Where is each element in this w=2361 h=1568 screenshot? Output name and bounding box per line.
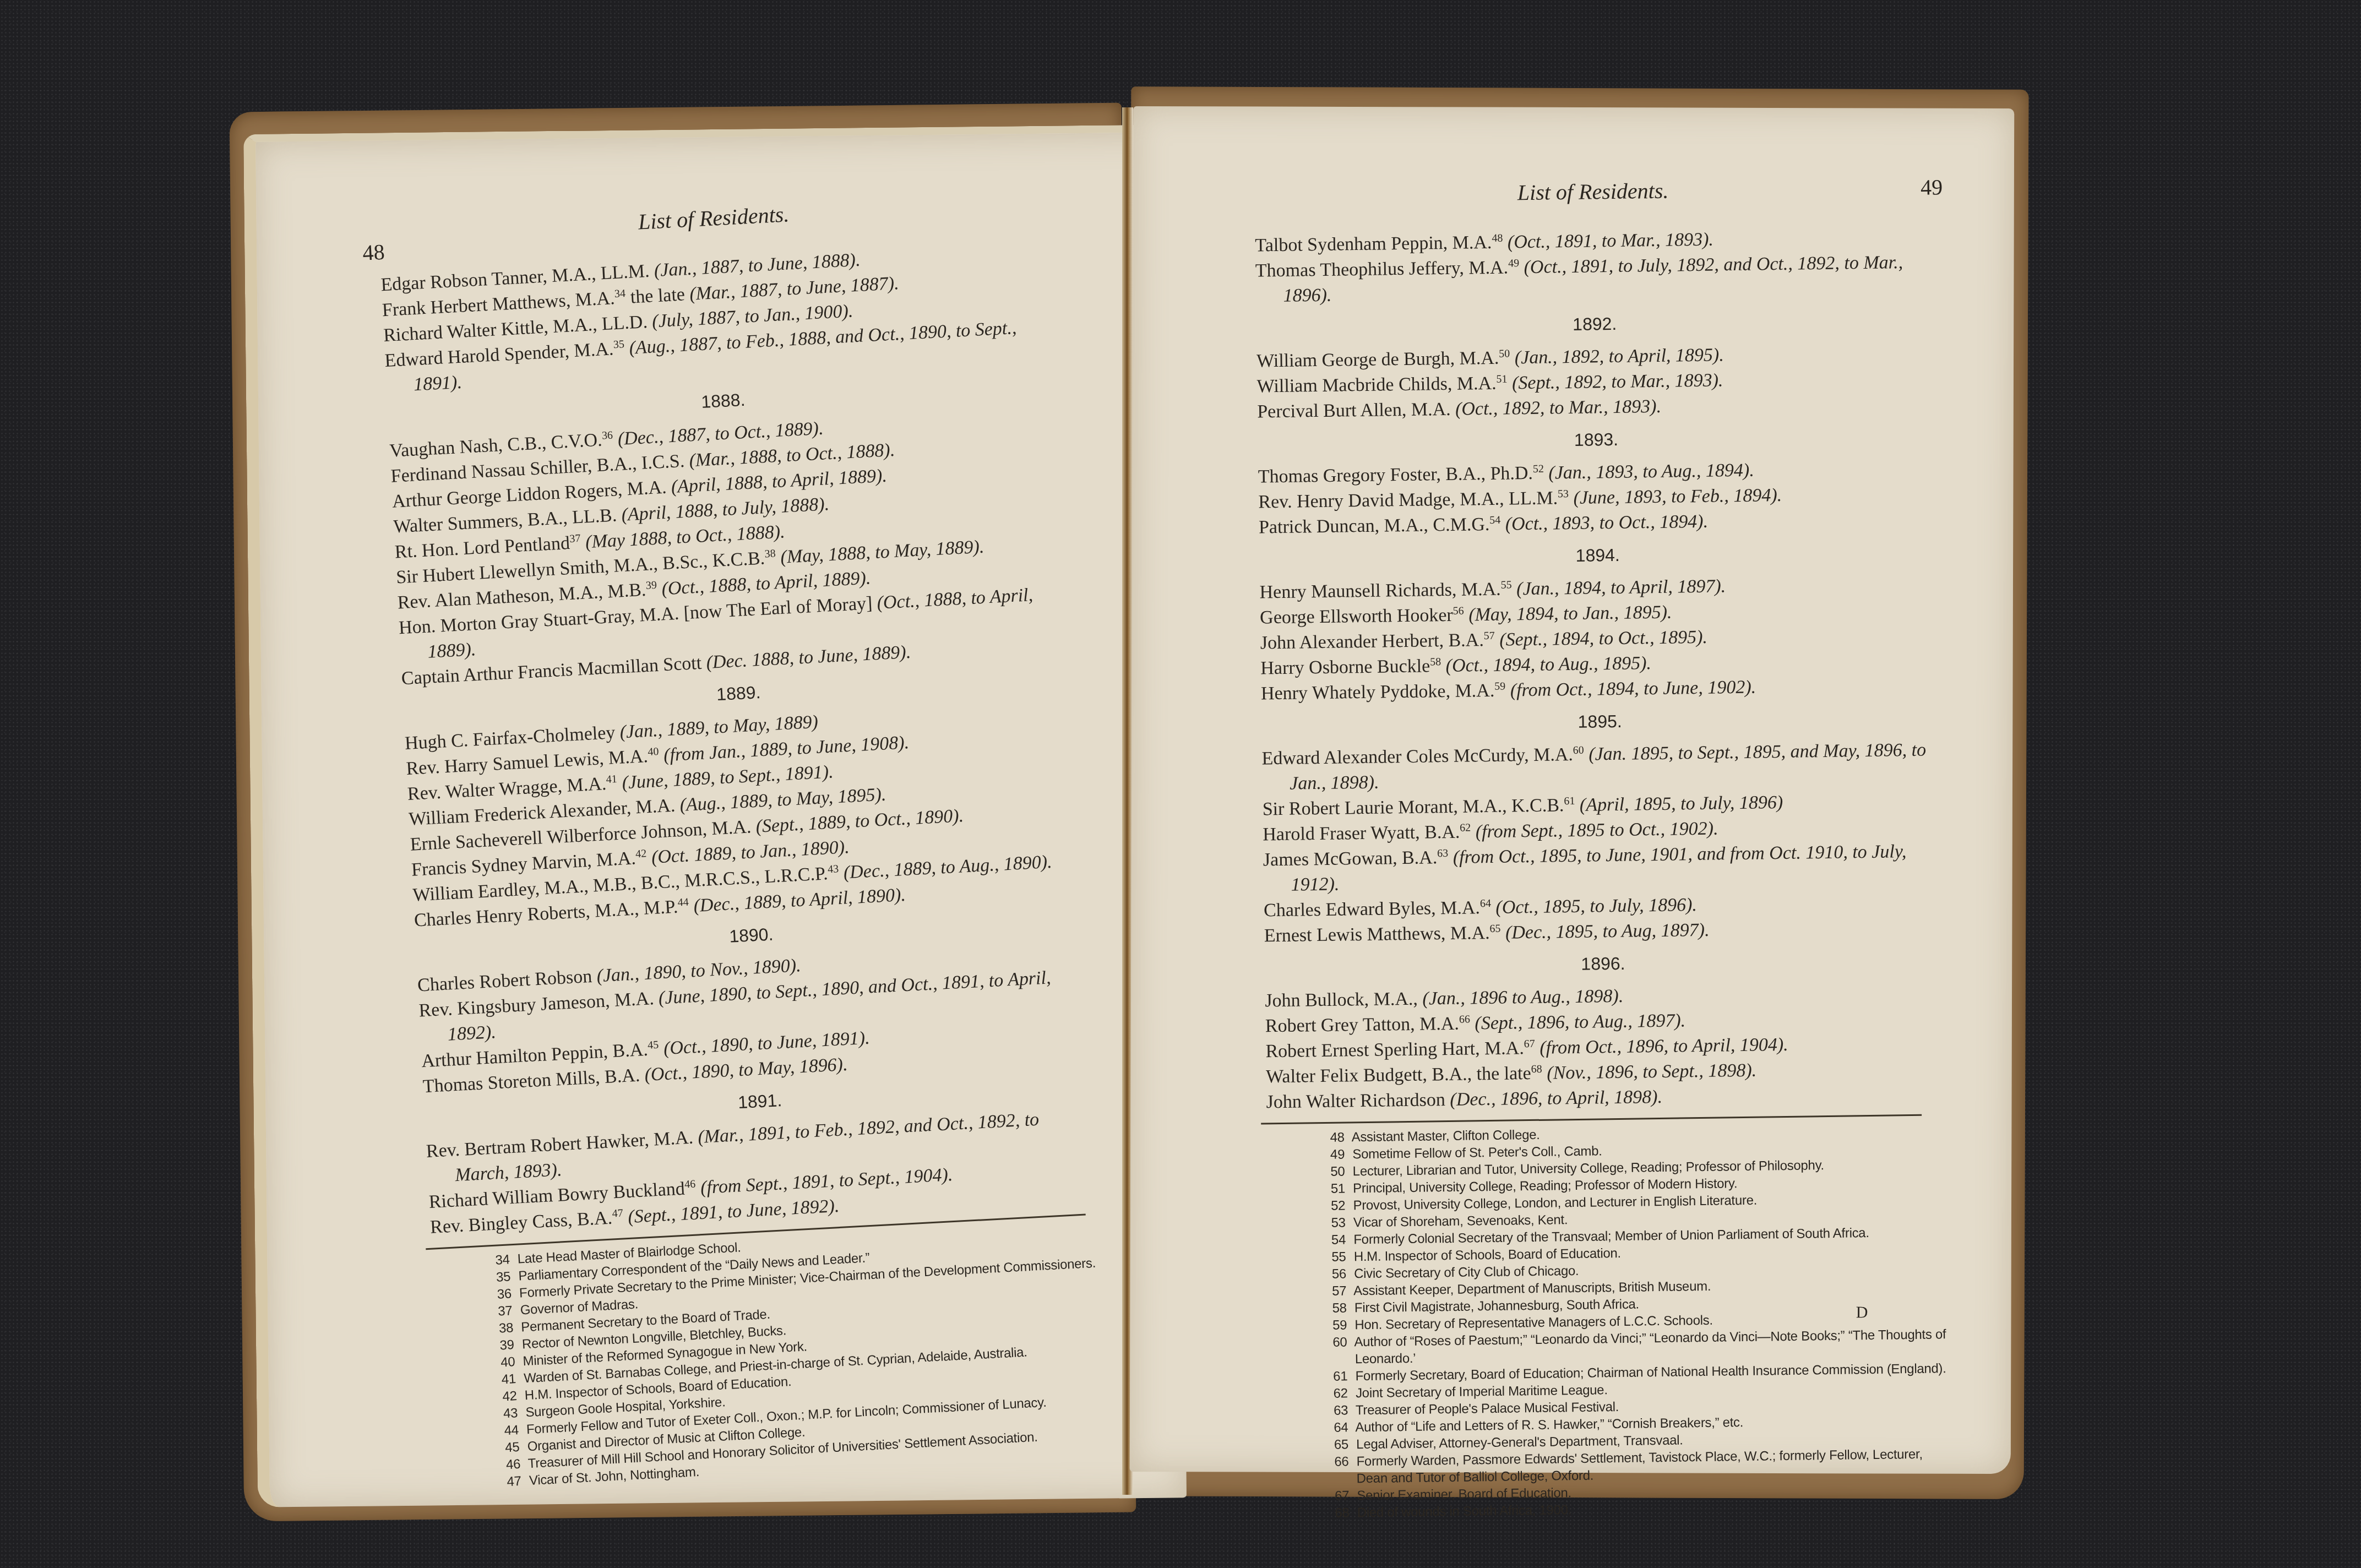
footnote-ref: 67 xyxy=(1524,1038,1535,1050)
footnote-ref: 54 xyxy=(1489,514,1500,526)
resident-name: Talbot Sydenham Peppin, M.A. xyxy=(1255,232,1492,256)
footnote-number: 39 xyxy=(499,1336,519,1354)
residency-dates: (from Oct., 1896, to April, 1904). xyxy=(1539,1035,1788,1058)
footnote-text: Assistant Master, Clifton College. xyxy=(1351,1128,1539,1145)
footnote-number: 68 xyxy=(1335,1504,1353,1521)
footnote-number: 56 xyxy=(1332,1265,1351,1282)
footnote-ref: 37 xyxy=(569,532,581,545)
footnote-number: 48 xyxy=(1330,1129,1348,1146)
footnote-ref: 58 xyxy=(1430,656,1441,668)
residency-dates: (Sept., 1896, to Aug., 1897). xyxy=(1475,1010,1685,1033)
residency-dates: (Oct., 1893, to Oct., 1894). xyxy=(1505,511,1709,535)
footnote-number: 37 xyxy=(498,1302,518,1320)
footnote-ref: 35 xyxy=(613,338,624,351)
running-title: List of Residents. xyxy=(1254,175,1932,209)
page-number: 49 xyxy=(1921,175,1943,200)
footnote-number: 49 xyxy=(1330,1146,1349,1163)
footnote-number: 55 xyxy=(1331,1248,1350,1265)
residents-list: Talbot Sydenham Peppin, M.A.48 (Oct., 18… xyxy=(1255,224,1944,1115)
footnote-number: 44 xyxy=(504,1422,524,1440)
footnote-number: 50 xyxy=(1330,1163,1349,1180)
footnote-ref: 68 xyxy=(1531,1063,1542,1075)
left-page-content: 48 List of Residents. Edgar Robson Tanne… xyxy=(378,188,1115,1494)
footnote-text: Assistant Keeper, Department of Manuscri… xyxy=(1353,1279,1711,1298)
residency-dates: (June, 1893, to Feb., 1894). xyxy=(1573,485,1782,508)
footnote-number: 34 xyxy=(495,1251,515,1269)
residency-dates: (Jan., 1894, to April, 1897). xyxy=(1516,576,1726,599)
resident-name: Patrick Duncan, M.A., C.M.G. xyxy=(1259,514,1490,537)
year-heading: 1893. xyxy=(1258,422,1935,456)
footnote-ref: 50 xyxy=(1499,347,1510,360)
resident-name: William Macbride Childs, M.A. xyxy=(1256,373,1496,397)
resident-name: Henry Whately Pyddoke, M.A. xyxy=(1261,680,1495,704)
resident-name: Rev. Bertram Robert Hawker, M.A. xyxy=(426,1128,694,1162)
residency-dates: (May, 1894, to Jan., 1895). xyxy=(1468,602,1672,625)
footnote-ref: 59 xyxy=(1494,680,1505,693)
footnote-number: 41 xyxy=(501,1370,521,1389)
footnote-number: 59 xyxy=(1332,1316,1351,1333)
resident-name: Harry Osborne Buckle xyxy=(1260,656,1430,678)
footnote-number: 64 xyxy=(1334,1419,1352,1436)
footnote-number: 43 xyxy=(503,1404,523,1423)
footnote-number: 60 xyxy=(1332,1333,1351,1351)
footnote-text: Senior Examiner, Board of Education. xyxy=(1357,1485,1571,1503)
residency-dates: (Jan., 1896 to Aug., 1898). xyxy=(1422,986,1623,1009)
footnote-text: Treasurer of People's Palace Musical Fes… xyxy=(1356,1400,1619,1418)
footnote-ref: 34 xyxy=(614,287,625,300)
footnote-ref: 52 xyxy=(1533,463,1544,475)
residency-dates: (Oct., 1891, to Mar., 1893). xyxy=(1508,230,1713,253)
footnote-ref: 60 xyxy=(1573,744,1584,756)
resident-name: Thomas Gregory Foster, B.A., Ph.D. xyxy=(1258,463,1533,487)
running-title: List of Residents. xyxy=(378,188,1050,249)
footnote-ref: 63 xyxy=(1437,847,1448,859)
footnote-text: Vicar of Shoreham, Sevenoaks, Kent. xyxy=(1353,1212,1568,1230)
footnotes: 48 Assistant Master, Clifton College.49 … xyxy=(1266,1121,1949,1522)
residency-dates: (April, 1895, to July, 1896) xyxy=(1580,792,1783,815)
residency-dates: (Dec., 1895, to Aug, 1897). xyxy=(1505,920,1710,943)
footnote-number: 57 xyxy=(1332,1282,1351,1299)
footnote-ref: 44 xyxy=(677,896,689,908)
resident-name: James McGowan, B.A. xyxy=(1263,847,1438,870)
resident-suffix: the late xyxy=(625,284,685,308)
footnote-text: Died of wounds in South Africa, 1900. xyxy=(1357,1502,1571,1520)
footnote-number: 45 xyxy=(505,1439,525,1457)
year-heading: 1896. xyxy=(1264,946,1941,981)
resident-name: John Bullock, M.A., xyxy=(1265,989,1418,1011)
footnote-ref: 43 xyxy=(828,863,839,875)
footnote-text: Civic Secretary of City Club of Chicago. xyxy=(1354,1264,1579,1281)
footnote-number: 66 xyxy=(1334,1453,1353,1470)
signature-mark: D xyxy=(1856,1303,1868,1322)
right-page-content: List of Residents. 49 Talbot Sydenham Pe… xyxy=(1254,175,1949,1522)
footnote-text: H.M. Inspector of Schools, Board of Educ… xyxy=(1354,1246,1621,1264)
footnote-ref: 41 xyxy=(606,773,617,786)
footnote-number: 35 xyxy=(496,1268,515,1286)
residency-dates: (Jan., 1893, to Aug., 1894). xyxy=(1548,460,1754,483)
running-head: List of Residents. 49 xyxy=(1254,175,1932,233)
footnote-ref: 61 xyxy=(1564,795,1575,807)
resident-name: Percival Burt Allen, M.A. xyxy=(1257,399,1451,422)
footnote-number: 52 xyxy=(1331,1197,1350,1214)
footnote-ref: 38 xyxy=(764,547,776,560)
residency-dates: (Sept., 1892, to Mar., 1893). xyxy=(1512,370,1723,393)
footnote-ref: 49 xyxy=(1508,257,1519,269)
footnote-number: 54 xyxy=(1331,1231,1350,1248)
resident-name: John Alexander Herbert, B.A. xyxy=(1260,630,1484,653)
resident-name: George Ellsworth Hooker xyxy=(1260,605,1453,628)
resident-name: Sir Robert Laurie Morant, M.A., K.C.B. xyxy=(1263,795,1564,819)
footnotes: 34 Late Head Master of Blairlodge School… xyxy=(432,1220,1115,1494)
footnote-ref: 55 xyxy=(1500,579,1511,591)
resident-name: Ernest Lewis Matthews, M.A. xyxy=(1264,923,1490,946)
residency-dates: (from Oct., 1894, to June, 1902). xyxy=(1510,677,1756,701)
footnote-number: 61 xyxy=(1333,1368,1352,1385)
footnote-number: 62 xyxy=(1333,1385,1352,1402)
footnote-ref: 65 xyxy=(1489,923,1500,935)
footnote-number: 38 xyxy=(498,1319,518,1337)
resident-name: Edward Alexander Coles McCurdy, M.A. xyxy=(1261,744,1573,769)
footnote-ref: 66 xyxy=(1459,1013,1470,1025)
footnote-number: 63 xyxy=(1334,1402,1352,1419)
footnote-ref: 45 xyxy=(648,1039,659,1052)
footnote-text: First Civil Magistrate, Johannesburg, So… xyxy=(1354,1297,1639,1316)
footnote-ref: 53 xyxy=(1558,488,1569,500)
footnote-number: 65 xyxy=(1334,1436,1353,1453)
footnote-text: Joint Secretary of Imperial Maritime Lea… xyxy=(1356,1382,1608,1401)
footnote-ref: 51 xyxy=(1496,373,1507,385)
year-heading: 1895. xyxy=(1261,704,1938,738)
year-heading: 1892. xyxy=(1256,307,1933,341)
left-page: 48 List of Residents. Edgar Robson Tanne… xyxy=(243,124,1187,1507)
year-heading: 1894. xyxy=(1259,538,1936,572)
resident-name: Robert Ernest Sperling Hart, M.A. xyxy=(1265,1038,1524,1061)
footnote-number: 42 xyxy=(502,1387,522,1406)
residency-dates: (Oct., 1895, to July, 1896). xyxy=(1495,895,1697,918)
residency-dates: (Dec., 1896, to April, 1898). xyxy=(1450,1087,1662,1110)
footnote-ref: 57 xyxy=(1484,630,1495,642)
footnote-ref: 42 xyxy=(635,847,647,860)
footnote-ref: 46 xyxy=(684,1178,696,1191)
resident-name: Henry Maunsell Richards, M.A. xyxy=(1259,579,1501,603)
footnote-ref: 62 xyxy=(1460,821,1471,834)
resident-name: William George de Burgh, M.A. xyxy=(1256,348,1499,372)
footnote-ref: 48 xyxy=(1492,232,1503,244)
footnote-number: 36 xyxy=(497,1285,516,1303)
footnote-ref: 47 xyxy=(612,1207,623,1220)
resident-name: Rev. Henry David Madge, M.A., LL.M. xyxy=(1258,488,1558,512)
footnote-number: 58 xyxy=(1332,1299,1351,1316)
residency-dates: (Jan., 1892, to April, 1895). xyxy=(1515,345,1724,368)
footnote-number: 51 xyxy=(1331,1180,1350,1197)
resident-entry: Edward Alexander Coles McCurdy, M.A.60 (… xyxy=(1261,737,1939,797)
residency-dates: (Oct., 1892, to Mar., 1893). xyxy=(1455,396,1661,420)
right-page: List of Residents. 49 Talbot Sydenham Pe… xyxy=(1130,106,2014,1474)
resident-name: Thomas Theophilus Jeffery, M.A. xyxy=(1255,257,1509,281)
resident-name: John Walter Richardson xyxy=(1266,1090,1445,1112)
footnote-text: Formerly Warden, Passmore Edwards' Settl… xyxy=(1356,1447,1922,1486)
footnote-number: 67 xyxy=(1335,1487,1353,1504)
footnote-text: Sometime Fellow of St. Peter's Coll., Ca… xyxy=(1352,1144,1602,1162)
residency-dates: (from Sept., 1895 to Oct., 1902). xyxy=(1476,819,1718,842)
footnote-ref: 39 xyxy=(645,579,657,592)
footnote-ref: 40 xyxy=(648,745,659,758)
residency-dates: (Nov., 1896, to Sept., 1898). xyxy=(1547,1060,1756,1084)
footnote-ref: 36 xyxy=(601,429,613,442)
footnote-ref: 56 xyxy=(1453,605,1464,617)
residency-dates: (Sept., 1894, to Oct., 1895). xyxy=(1499,627,1707,650)
footnote-number: 46 xyxy=(505,1455,525,1473)
residency-dates: (Oct., 1894, to Aug., 1895). xyxy=(1445,653,1651,676)
residents-list: Edgar Robson Tanner, M.A., LL.M. (Jan., … xyxy=(380,237,1101,1240)
resident-entry: James McGowan, B.A.63 (from Oct., 1895, … xyxy=(1263,839,1941,898)
footnote-number: 53 xyxy=(1331,1214,1350,1231)
footnote-ref: 64 xyxy=(1480,897,1491,910)
resident-name: Harold Fraser Wyatt, B.A. xyxy=(1263,822,1460,845)
footnote-number: 47 xyxy=(507,1472,526,1490)
footnote-number: 40 xyxy=(501,1353,520,1371)
resident-name: Walter Felix Budgett, B.A., the late xyxy=(1266,1063,1531,1087)
resident-entry: Thomas Theophilus Jeffery, M.A.49 (Oct.,… xyxy=(1255,249,1933,309)
resident-name: Robert Grey Tatton, M.A. xyxy=(1265,1014,1460,1037)
resident-name: Charles Edward Byles, M.A. xyxy=(1264,897,1480,921)
